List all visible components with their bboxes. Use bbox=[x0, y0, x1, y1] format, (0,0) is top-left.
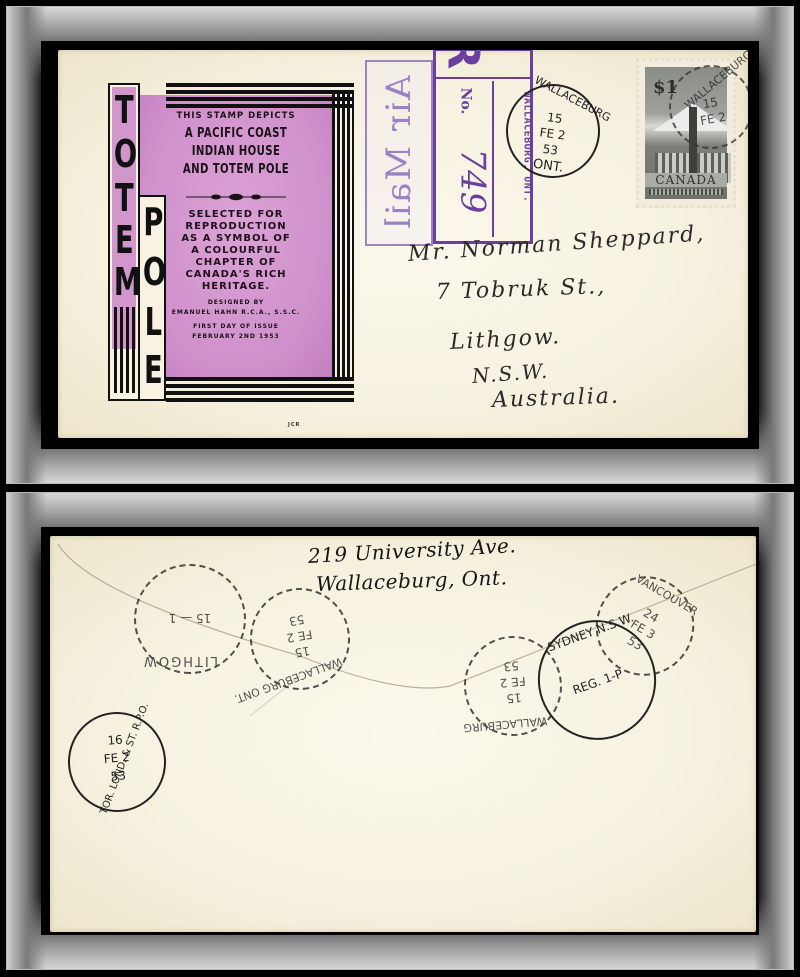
cachet-body-line: CHAPTER OF bbox=[140, 257, 332, 270]
cachet-letter: T bbox=[114, 91, 134, 129]
cachet-letter: E bbox=[114, 221, 134, 259]
railway-post-office-postmark: TOR. LOND. & ST. R.P.O. 16 FE 2 53 bbox=[64, 708, 170, 816]
cachet-body-line: REPRODUCTION bbox=[140, 221, 332, 234]
cachet-right-bars bbox=[332, 91, 354, 377]
cachet-letter: T bbox=[114, 179, 134, 217]
cachet-bottom-bars bbox=[166, 377, 354, 403]
address-line: N.S.W. bbox=[471, 359, 550, 388]
return-address-line: 219 University Ave. bbox=[307, 536, 516, 568]
stamp-country: CANADA bbox=[645, 173, 727, 187]
cachet-body-line: AS A SYMBOL OF bbox=[140, 233, 332, 246]
registration-letter: R bbox=[437, 51, 488, 69]
cachet-body-line: HERITAGE. bbox=[140, 281, 332, 294]
cachet-heading: THIS STAMP DEPICTS bbox=[140, 111, 332, 121]
ornament-divider bbox=[186, 193, 286, 201]
registration-number: 749 bbox=[452, 149, 492, 214]
envelope-front: T O T E M P O L E THIS STAMP DEPICTS A P… bbox=[58, 50, 748, 438]
cachet-top-bars bbox=[166, 83, 354, 109]
totem-pole-cachet: T O T E M P O L E THIS STAMP DEPICTS A P… bbox=[108, 83, 354, 403]
lithgow-postmark: LITHGOW 15 — 1 bbox=[134, 564, 246, 674]
envelope-back: 219 University Ave. Wallaceburg, Ont. LI… bbox=[50, 536, 756, 932]
cachet-letter: M bbox=[114, 263, 134, 301]
cachet-title-line: A PACIFIC COAST bbox=[161, 125, 311, 142]
issue-label: FIRST DAY OF ISSUE bbox=[140, 323, 332, 330]
cachet-body-line: SELECTED FOR bbox=[140, 209, 332, 222]
cachet-body-line: CANADA'S RICH bbox=[140, 269, 332, 282]
canada-1-dollar-stamp: $1 CANADA WALLACEBURG 15 FE 2 bbox=[636, 58, 736, 208]
address-line: 7 Tobruk St., bbox=[436, 274, 607, 305]
cachet-signature: JCR bbox=[288, 422, 300, 428]
airmail-label: Air Mail bbox=[365, 60, 433, 246]
address-line: Lithgow. bbox=[449, 324, 561, 355]
cachet-letter: E bbox=[143, 351, 163, 389]
return-address-line: Wallaceburg, Ont. bbox=[316, 565, 508, 596]
issue-date: FEBRUARY 2ND 1953 bbox=[140, 333, 332, 340]
designed-by-label: DESIGNED BY bbox=[140, 299, 332, 306]
cachet-title-line: INDIAN HOUSE bbox=[161, 143, 311, 160]
cachet-title-line: AND TOTEM POLE bbox=[161, 161, 311, 178]
wallaceburg-back-postmark: WALLACEBURG ONT. 15 FE 2 53 bbox=[242, 580, 358, 698]
airmail-text: Air Mail bbox=[379, 75, 419, 230]
registration-number-label: No. bbox=[457, 88, 473, 115]
cachet-letter: O bbox=[114, 135, 134, 173]
address-line: Australia. bbox=[492, 384, 621, 413]
designer-name: EMANUEL HAHN R.C.A., S.S.C. bbox=[140, 309, 332, 316]
cachet-body-line: A COLOURFUL bbox=[140, 245, 332, 258]
